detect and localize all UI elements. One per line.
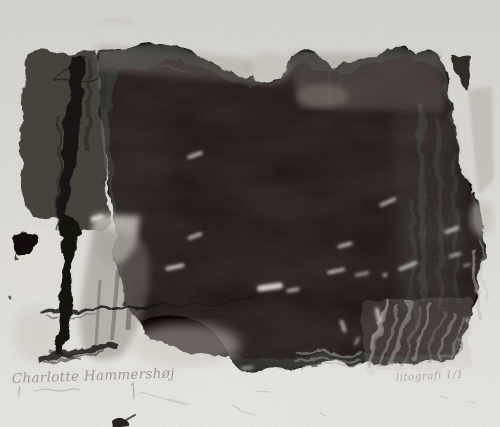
artwork-photo: Charlotte Hammershøj litografi 1/1 bbox=[0, 0, 500, 427]
lithograph-reproduction: Charlotte Hammershøj litografi 1/1 bbox=[0, 0, 500, 427]
photo-grain bbox=[0, 0, 500, 427]
